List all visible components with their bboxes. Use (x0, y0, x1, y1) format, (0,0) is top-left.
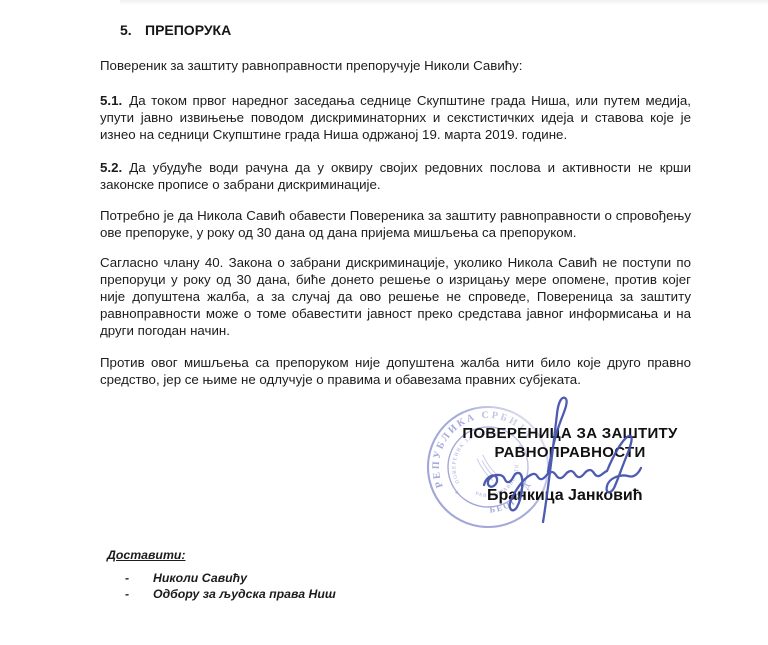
clause-5-2: 5.2.Да убудуће води рачуна да у оквиру с… (100, 159, 691, 193)
document-page: 5.ПРЕПОРУКА Повереник за заштиту равнопр… (0, 0, 768, 645)
section-heading: 5.ПРЕПОРУКА (120, 22, 231, 38)
clause-5-1-text: Да током првог наредног заседања седнице… (100, 93, 691, 142)
deliver-item-text: Николи Савићу (153, 571, 247, 585)
appeal-paragraph: Против овог мишљења са препоруком није д… (100, 354, 691, 388)
scan-artifact (120, 0, 768, 5)
clause-5-1-number: 5.1. (100, 93, 122, 108)
deliver-item: - Одбору за људска права Ниш (107, 587, 507, 603)
obligation-paragraph: Потребно је да Никола Савић обавести Пов… (100, 207, 691, 241)
section-number: 5. (120, 22, 145, 38)
section-title: ПРЕПОРУКА (145, 22, 231, 38)
legal-consequences-paragraph: Сагласно члану 40. Закона о забрани диск… (100, 254, 691, 339)
deliver-item: - Николи Савићу (107, 571, 507, 587)
intro-paragraph: Повереник за заштиту равноправности преп… (100, 57, 691, 74)
clause-5-1: 5.1.Да током првог наредног заседања сед… (100, 92, 691, 143)
deliver-item-text: Одбору за људска права Ниш (153, 587, 336, 601)
dash-marker: - (125, 571, 129, 585)
clause-5-2-text: Да убудуће води рачуна да у оквиру своји… (100, 160, 691, 192)
signature-stroke (484, 398, 641, 522)
dash-marker: - (125, 587, 129, 601)
deliver-heading: Доставити: (107, 548, 185, 562)
clause-5-2-number: 5.2. (100, 160, 122, 175)
handwritten-signature (430, 388, 680, 538)
